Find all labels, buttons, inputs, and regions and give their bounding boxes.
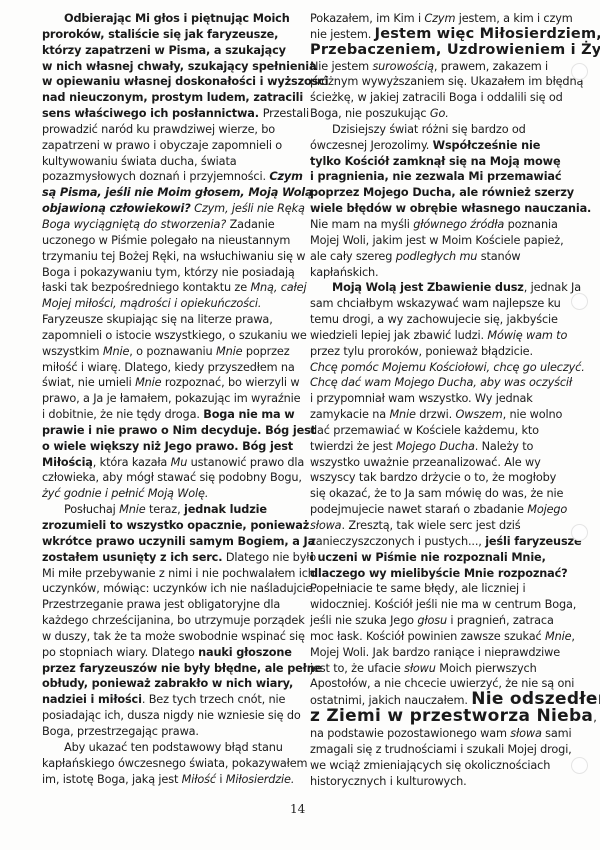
text-line: po stopniach wiary. Dlatego nauki głoszo… xyxy=(42,645,300,661)
text-line: zostałem usunięty z ich serc. Dlatego ni… xyxy=(42,550,300,566)
text-segment: obłudy, ponieważ zabrakło w nich wiary, xyxy=(42,677,293,690)
text-line: nie jestem. Jestem więc Miłosierdziem, xyxy=(310,27,568,43)
text-segment: Dzisiejszy świat różni się bardzo od xyxy=(332,123,526,136)
text-segment: zostałem usunięty z ich serc. xyxy=(42,551,222,564)
text-line: Aby ukazać ten podstawowy błąd stanu xyxy=(42,740,300,756)
text-line: uczynków, mówiąc: uczynków ich nie naśla… xyxy=(42,581,300,597)
text-line: obłudy, ponieważ zabrakło w nich wiary, xyxy=(42,676,300,692)
text-segment: Mojej Woli, jakim jest w Moim Kościele p… xyxy=(310,234,564,247)
text-segment: pozazmysłowych doznań i przyjemności. xyxy=(42,170,269,183)
text-line: jeśli nie szuka Jego głosu i pragnień, z… xyxy=(310,613,568,629)
text-segment: Popełniacie te same błędy, ale liczniej … xyxy=(310,582,525,595)
text-segment: Nie mam na myśli xyxy=(310,218,413,231)
text-segment: Boga i pokazywaniu tym, którzy nie posia… xyxy=(42,266,295,279)
text-segment: wszystkim xyxy=(42,345,103,358)
text-segment: wiele błędów w obrębie własnego nauczani… xyxy=(310,202,591,215)
text-segment: Mu xyxy=(171,456,188,469)
text-segment: . Zresztą, tak wiele serc jest dziś xyxy=(341,519,520,532)
text-line: człowieka, aby mógł stawać się podobny B… xyxy=(42,470,300,486)
text-segment: jeśli faryzeusze xyxy=(485,535,581,548)
text-segment: zapomnieli o istocie wszystkiego, o szuk… xyxy=(42,329,307,342)
text-segment: w nich własnej chwały, szukający spełnie… xyxy=(42,60,316,73)
text-segment: poznania xyxy=(504,218,558,231)
right-column: Pokazałem, im Kim i Czym jestem, a kim i… xyxy=(310,11,568,789)
text-line: ówczesnej Jerozolimy. Współcześnie nie xyxy=(310,138,568,154)
text-segment: prawo, a Ja je łamałem, pokazując im wyr… xyxy=(42,392,300,405)
text-line: nadziei i miłości. Bez tych trzech cnót,… xyxy=(42,692,300,708)
text-segment: wszyscy tak bardzo drżycie o to, że mogł… xyxy=(310,471,556,484)
text-line: zrozumieli to wszystko opacznie, poniewa… xyxy=(42,518,300,534)
text-segment: Współcześnie nie xyxy=(433,139,541,152)
text-line: Mojej Woli, jakim jest w Moim Kościele p… xyxy=(310,233,568,249)
text-line: zapomnieli o istocie wszystkiego, o szuk… xyxy=(42,328,300,344)
text-segment: sam chciałbym wskazywać wam najlepsze ku xyxy=(310,297,561,310)
text-segment: i xyxy=(216,773,226,786)
text-segment: i uczeni w Piśmie nie rozpoznali Mnie, xyxy=(310,551,546,564)
text-segment: temu drogi, a wy zachowujecie się, jakby… xyxy=(310,313,558,326)
text-line: Moją Wolą jest Zbawienie dusz, jednak Ja xyxy=(310,280,568,296)
text-segment: z Ziemi w przestworza Nieba xyxy=(310,706,593,726)
text-segment: jeśli nie szuka Jego xyxy=(310,614,417,627)
text-segment: , prawem, zakazem i xyxy=(434,60,548,73)
text-segment: Przestali xyxy=(263,107,309,120)
text-line: zamykacie na Mnie drzwi. Owszem, nie wol… xyxy=(310,407,568,423)
text-segment: Miłością xyxy=(42,456,93,469)
text-line: prawo, a Ja je łamałem, pokazując im wyr… xyxy=(42,391,300,407)
text-segment: trzymaniu tej Bożej Ręki, na wsłuchiwani… xyxy=(42,250,305,263)
text-segment: słowa xyxy=(310,519,341,532)
text-line: o wiele większy niż Jego prawo. Bóg jest xyxy=(42,439,300,455)
text-segment: człowieka, aby mógł stawać się podobny B… xyxy=(42,471,302,484)
text-segment: proroków, staliście się jak faryzeusze, xyxy=(42,28,278,41)
text-segment: prowadzić naród ku prawdziwej wierze, bo xyxy=(42,123,275,136)
text-segment: miłość i wiarę. Dlatego, kiedy przyszedł… xyxy=(42,361,295,374)
text-line: temu drogi, a wy zachowujecie się, jakby… xyxy=(310,312,568,328)
text-segment: , nie wolno xyxy=(503,408,563,421)
punch-hole-mark xyxy=(571,293,588,310)
text-line: twierdzi że jest Mojego Ducha. Należy to xyxy=(310,439,568,455)
text-segment: historycznych i kulturowych. xyxy=(310,775,467,788)
text-line: dać przemawiać w Kościele każdemu, kto xyxy=(310,423,568,439)
text-line: poprzez Mojego Ducha, ale również szerzy xyxy=(310,185,568,201)
text-line: na podstawie pozostawionego wam słowa sa… xyxy=(310,726,568,742)
text-segment: zanieczyszczonych i pustych..., xyxy=(310,535,485,548)
text-segment: Mnie xyxy=(119,503,145,516)
text-segment: Nie jestem xyxy=(310,60,372,73)
text-segment: stanów xyxy=(477,250,520,263)
text-line: Boga, przestrzegając prawa. xyxy=(42,724,300,740)
text-line: Popełniacie te same błędy, ale liczniej … xyxy=(310,581,568,597)
text-line: Przebaczeniem, Uzdrowieniem i Życiem. xyxy=(310,43,568,59)
text-segment: na podstawie pozostawionego wam xyxy=(310,727,510,740)
text-line: próżnym wywyższaniem się. Ukazałem im bł… xyxy=(310,74,568,90)
text-segment: Owszem xyxy=(456,408,503,421)
text-line: świat, nie umieli Mnie rozpoznać, bo wie… xyxy=(42,375,300,391)
text-line: zanieczyszczonych i pustych..., jeśli fa… xyxy=(310,534,568,550)
text-segment: Boga, przestrzegając prawa. xyxy=(42,725,199,738)
text-segment: o wiele większy niż Jego prawo. Bóg jest xyxy=(42,440,293,453)
text-segment: Mi miłe przebywanie z nimi i nie pochwal… xyxy=(42,567,315,580)
text-segment: świat, nie umieli xyxy=(42,376,135,389)
text-line: i pragnienia, nie zezwala Mi przemawiać xyxy=(310,169,568,185)
text-segment: Mówię wam to xyxy=(487,329,567,342)
text-segment: ustanowić prawo dla xyxy=(187,456,304,469)
text-segment: się okazać, że to Ja sam mówię do was, ż… xyxy=(310,487,563,500)
text-segment: Miłość xyxy=(182,773,216,786)
text-segment: we wciąż zmieniających się okolicznościa… xyxy=(310,759,550,772)
text-segment: podejmujecie nawet starań o zbadanie xyxy=(310,503,527,516)
text-segment: uczonego w Piśmie polegało na nieustanny… xyxy=(42,234,290,247)
text-segment: Faryzeusze skupiając się na literze praw… xyxy=(42,313,273,326)
text-line: dlaczego wy mielibyście Mnie rozpoznać? xyxy=(310,566,568,582)
text-line: i uczeni w Piśmie nie rozpoznali Mnie, xyxy=(310,550,568,566)
text-line: ale cały szereg podległych mu stanów xyxy=(310,249,568,265)
text-line: Chcę pomóc Mojemu Kościołowi, chcę go ul… xyxy=(310,360,568,376)
text-segment: Mojego Ducha xyxy=(396,440,475,453)
text-line: sens właściwego ich posłannictwa. Przest… xyxy=(42,106,300,122)
text-segment: przez faryzeuszów nie były błędne, ale p… xyxy=(42,662,322,675)
text-segment: wiedzieli lepiej jak zbawić ludzi. xyxy=(310,329,487,342)
text-segment: Chcę dać wam Mojego Ducha, aby was oczyś… xyxy=(310,376,572,389)
text-line: ścieżkę, w jakiej zatracili Boga i oddal… xyxy=(310,90,568,106)
text-segment: nad nieuczonym, prostym ludem, zatracili xyxy=(42,91,303,104)
text-segment: , jednak Ja xyxy=(524,281,581,294)
text-segment: Mnie xyxy=(389,408,415,421)
text-line: Dzisiejszy świat różni się bardzo od xyxy=(310,122,568,138)
text-segment: nadziei i miłości xyxy=(42,693,142,706)
text-segment: nie jestem. xyxy=(310,28,375,41)
text-segment: drzwi. xyxy=(416,408,456,421)
text-segment: Mojej Woli. Jak bardzo raniące i niepraw… xyxy=(310,646,560,659)
text-line: kapłańskich. xyxy=(310,265,568,281)
text-line: Boga i pokazywaniu tym, którzy nie posia… xyxy=(42,265,300,281)
text-segment: ale cały szereg xyxy=(310,250,396,263)
text-segment: uczynków, mówiąc: uczynków ich nie naśla… xyxy=(42,582,316,595)
text-line: Mojej Woli. Jak bardzo raniące i niepraw… xyxy=(310,645,568,661)
text-segment: Boga nie ma w xyxy=(203,408,294,421)
text-segment: Aby ukazać ten podstawowy błąd stanu xyxy=(64,741,283,754)
text-segment: którzy zapatrzeni w Pisma, a szukający xyxy=(42,44,286,57)
text-segment: Przestrzeganie prawa jest obligatoryjne … xyxy=(42,598,280,611)
text-segment: jednak ludzie xyxy=(184,503,267,516)
text-line: kapłańskiego ówczesnego świata, pokazywa… xyxy=(42,756,300,772)
text-segment: im, istotę Boga, jaką jest xyxy=(42,773,182,786)
text-segment: , abyście xyxy=(593,711,600,724)
text-line: słowa. Zresztą, tak wiele serc jest dziś xyxy=(310,518,568,534)
text-segment: i pragnienia, nie zezwala Mi przemawiać xyxy=(310,170,561,183)
text-line: nad nieuczonym, prostym ludem, zatracili xyxy=(42,90,300,106)
text-segment: Mnie xyxy=(135,376,161,389)
page-number: 14 xyxy=(290,802,305,816)
text-segment: wszystko uważnie przeanalizować. Ale wy xyxy=(310,456,541,469)
text-line: się okazać, że to Ja sam mówię do was, ż… xyxy=(310,486,568,502)
text-segment: i przypomniał wam wszystko. Wy jednak xyxy=(310,392,533,405)
text-line: Nie mam na myśli głównego źródła poznani… xyxy=(310,217,568,233)
text-segment: sami xyxy=(542,727,572,740)
text-segment: nauki głoszone xyxy=(198,646,292,659)
text-segment: jestem, a kim i czym xyxy=(455,12,572,25)
text-line: w duszy, tak że ta może swobodnie wspina… xyxy=(42,629,300,645)
text-line: którzy zapatrzeni w Pisma, a szukający xyxy=(42,43,300,59)
text-line: posiadając ich, dusza nigdy nie wzniesie… xyxy=(42,708,300,724)
text-segment: i pragnień, zatraca xyxy=(447,614,554,627)
text-segment: kultywowaniu świata ducha, świata xyxy=(42,155,237,168)
text-segment: Boga, nie poszukując xyxy=(310,107,430,120)
text-line: wiele błędów w obrębie własnego nauczani… xyxy=(310,201,568,217)
text-segment: tylko Kościół zamknął się na Moją mowę xyxy=(310,155,560,168)
text-line: im, istotę Boga, jaką jest Miłość i Miło… xyxy=(42,772,300,788)
text-segment: Mnie xyxy=(103,345,129,358)
text-segment: wkrótce prawo uczynili samym Bogiem, a J… xyxy=(42,535,315,548)
text-segment: dać przemawiać w Kościele każdemu, kto xyxy=(310,424,539,437)
text-segment: objawioną człowiekowi? xyxy=(42,202,191,215)
text-line: Przestrzeganie prawa jest obligatoryjne … xyxy=(42,597,300,613)
text-line: tylko Kościół zamknął się na Moją mowę xyxy=(310,154,568,170)
text-segment: i dobitnie, że nie tędy droga. xyxy=(42,408,203,421)
text-segment: Mnie xyxy=(216,345,242,358)
text-segment: twierdzi że jest xyxy=(310,440,396,453)
punch-hole-mark xyxy=(571,63,588,80)
text-line: Pokazałem, im Kim i Czym jestem, a kim i… xyxy=(310,11,568,27)
text-segment: kapłańskiego ówczesnego świata, pokazywa… xyxy=(42,757,307,770)
text-line: trzymaniu tej Bożej Ręki, na wsłuchiwani… xyxy=(42,249,300,265)
text-segment: Miłosierdzie. xyxy=(226,773,295,786)
text-segment: Moją Wolą jest Zbawienie dusz xyxy=(332,281,524,294)
text-segment: Pokazałem, im Kim i xyxy=(310,12,424,25)
text-line: we wciąż zmieniających się okolicznościa… xyxy=(310,758,568,774)
text-line: sam chciałbym wskazywać wam najlepsze ku xyxy=(310,296,568,312)
text-segment: każdego chrześcijanina, bo utrzymuje por… xyxy=(42,614,305,627)
text-segment: Odbierając Mi głos i piętnując Moich xyxy=(64,12,290,25)
punch-hole-mark xyxy=(571,524,588,541)
text-line: objawioną człowiekowi? Czym, jeśli nie R… xyxy=(42,201,300,217)
text-line: i przypomniał wam wszystko. Wy jednak xyxy=(310,391,568,407)
text-segment: Dlatego nie było xyxy=(222,551,316,564)
text-segment: ówczesnej Jerozolimy. xyxy=(310,139,433,152)
text-segment: podległych mu xyxy=(396,250,478,263)
text-segment: Czym xyxy=(424,12,455,25)
text-line: każdego chrześcijanina, bo utrzymuje por… xyxy=(42,613,300,629)
text-segment: zmagali się z trudnościami i szukali Moj… xyxy=(310,743,572,756)
text-segment: żyć godnie i pełnić Moją Wolę. xyxy=(42,487,208,500)
text-segment: ścieżkę, w jakiej zatracili Boga i oddal… xyxy=(310,91,563,104)
text-line: przez tylu proroków, ponieważ błądzicie. xyxy=(310,344,568,360)
text-segment: moc łask. Kościół powinien zawsze szukać xyxy=(310,630,545,643)
text-segment: Przebaczeniem, Uzdrowieniem i Życiem. xyxy=(310,42,600,58)
text-segment: Go. xyxy=(430,107,449,120)
text-segment: w duszy, tak że ta może swobodnie wspina… xyxy=(42,630,305,643)
text-line: Posłuchaj Mnie teraz, jednak ludzie xyxy=(42,502,300,518)
text-segment: . Należy to xyxy=(475,440,534,453)
text-segment: głównego źródła xyxy=(413,218,504,231)
text-segment: Posłuchaj xyxy=(64,503,119,516)
text-line: są Pisma, jeśli nie Moim głosem, Moją Wo… xyxy=(42,185,300,201)
text-line: prawie i nie prawo o Nim decyduje. Bóg j… xyxy=(42,423,300,439)
text-segment: zamykacie na xyxy=(310,408,389,421)
text-segment: poprzez Mojego Ducha, ale również szerzy xyxy=(310,186,574,199)
text-segment: Mnie xyxy=(545,630,571,643)
text-segment: próżnym wywyższaniem się. Ukazałem im bł… xyxy=(310,75,583,88)
text-line: podejmujecie nawet starań o zbadanie Moj… xyxy=(310,502,568,518)
text-segment: rozpoznać, bo wierzyli w xyxy=(161,376,299,389)
text-segment: sens właściwego ich posłannictwa. xyxy=(42,107,263,120)
text-line: prowadzić naród ku prawdziwej wierze, bo xyxy=(42,122,300,138)
text-segment: Chcę pomóc Mojemu Kościołowi, chcę go ul… xyxy=(310,361,585,374)
text-line: Mi miłe przebywanie z nimi i nie pochwal… xyxy=(42,566,300,582)
text-segment: prawie i nie prawo o Nim decyduje. Bóg j… xyxy=(42,424,316,437)
text-segment: Boga wyciągniętą do stworzenia? xyxy=(42,218,226,231)
text-line: miłość i wiarę. Dlatego, kiedy przyszedł… xyxy=(42,360,300,376)
text-segment: surowością xyxy=(372,60,433,73)
text-line: w nich własnej chwały, szukający spełnie… xyxy=(42,59,300,75)
text-line: z Ziemi w przestworza Nieba, abyście xyxy=(310,709,568,726)
text-segment: . Bez tych trzech cnót, nie xyxy=(142,693,286,706)
text-line: wszystkim Mnie, o poznawaniu Mnie poprze… xyxy=(42,344,300,360)
text-segment: Mną, całej xyxy=(250,281,306,294)
text-segment: w opiewaniu własnej doskonałości i wyższ… xyxy=(42,75,329,88)
text-line: Odbierając Mi głos i piętnując Moich xyxy=(42,11,300,27)
text-segment: zapatrzeni w prawo i obyczaje zapomnieli… xyxy=(42,139,282,152)
text-segment: jest to, że ufacie xyxy=(310,662,404,675)
text-line: Boga wyciągniętą do stworzenia? Zadanie xyxy=(42,217,300,233)
text-segment: Mojej miłości, mądrości i opiekuńczości. xyxy=(42,297,261,310)
text-segment: Mojego xyxy=(527,503,567,516)
text-line: proroków, staliście się jak faryzeusze, xyxy=(42,27,300,43)
text-line: Mojej miłości, mądrości i opiekuńczości. xyxy=(42,296,300,312)
text-line: uczonego w Piśmie polegało na nieustanny… xyxy=(42,233,300,249)
text-segment: słowa xyxy=(510,727,541,740)
text-line: w opiewaniu własnej doskonałości i wyższ… xyxy=(42,74,300,90)
text-segment: łaski tak bezpośredniego kontaktu ze xyxy=(42,281,250,294)
text-segment: Zadanie xyxy=(226,218,274,231)
text-line: przez faryzeuszów nie były błędne, ale p… xyxy=(42,661,300,677)
text-line: Faryzeusze skupiając się na literze praw… xyxy=(42,312,300,328)
text-line: jest to, że ufacie słowu Moich pierwszyc… xyxy=(310,661,568,677)
text-line: moc łask. Kościół powinien zawsze szukać… xyxy=(310,629,568,645)
text-line: pozazmysłowych doznań i przyjemności. Cz… xyxy=(42,169,300,185)
text-segment: poprzez xyxy=(242,345,289,358)
text-line: Boga, nie poszukując Go. xyxy=(310,106,568,122)
text-segment: Jestem więc Miłosierdziem, xyxy=(375,26,600,42)
text-segment: Moich pierwszych xyxy=(436,662,537,675)
text-segment: posiadając ich, dusza nigdy nie wzniesie… xyxy=(42,709,301,722)
left-column: Odbierając Mi głos i piętnując Moichpror… xyxy=(42,11,300,787)
text-line: łaski tak bezpośredniego kontaktu ze Mną… xyxy=(42,280,300,296)
text-line: historycznych i kulturowych. xyxy=(310,774,568,790)
text-segment: po stopniach wiary. Dlatego xyxy=(42,646,198,659)
text-line: Miłością, która kazała Mu ustanowić praw… xyxy=(42,455,300,471)
text-line: i dobitnie, że nie tędy droga. Boga nie … xyxy=(42,407,300,423)
text-segment: Czym xyxy=(269,170,302,183)
text-line: kultywowaniu świata ducha, świata xyxy=(42,154,300,170)
text-segment: kapłańskich. xyxy=(310,266,378,279)
text-segment: przez tylu proroków, ponieważ błądzicie. xyxy=(310,345,533,358)
text-line: wiedzieli lepiej jak zbawić ludzi. Mówię… xyxy=(310,328,568,344)
text-segment: są Pisma, jeśli nie Moim głosem, Moją Wo… xyxy=(42,186,313,199)
text-segment: widoczniej. Kościół jeśli nie ma w centr… xyxy=(310,598,576,611)
text-line: wkrótce prawo uczynili samym Bogiem, a J… xyxy=(42,534,300,550)
text-segment: słowu xyxy=(404,662,436,675)
text-segment: , która kazała xyxy=(93,456,171,469)
text-line: wszyscy tak bardzo drżycie o to, że mogł… xyxy=(310,470,568,486)
text-segment: głosu xyxy=(417,614,447,627)
text-segment: , o poznawaniu xyxy=(129,345,216,358)
text-line: zmagali się z trudnościami i szukali Moj… xyxy=(310,742,568,758)
text-line: Nie jestem surowością, prawem, zakazem i xyxy=(310,59,568,75)
text-segment: zrozumieli to wszystko opacznie, poniewa… xyxy=(42,519,309,532)
text-segment: , xyxy=(571,630,574,643)
text-segment: Czym, jeśli nie Ręką xyxy=(191,202,305,215)
text-line: wszystko uważnie przeanalizować. Ale wy xyxy=(310,455,568,471)
text-line: zapatrzeni w prawo i obyczaje zapomnieli… xyxy=(42,138,300,154)
text-line: Chcę dać wam Mojego Ducha, aby was oczyś… xyxy=(310,375,568,391)
text-segment: teraz, xyxy=(146,503,184,516)
text-segment: dlaczego wy mielibyście Mnie rozpoznać? xyxy=(310,567,568,580)
punch-hole-mark xyxy=(571,757,588,774)
text-line: widoczniej. Kościół jeśli nie ma w centr… xyxy=(310,597,568,613)
text-line: żyć godnie i pełnić Moją Wolę. xyxy=(42,486,300,502)
